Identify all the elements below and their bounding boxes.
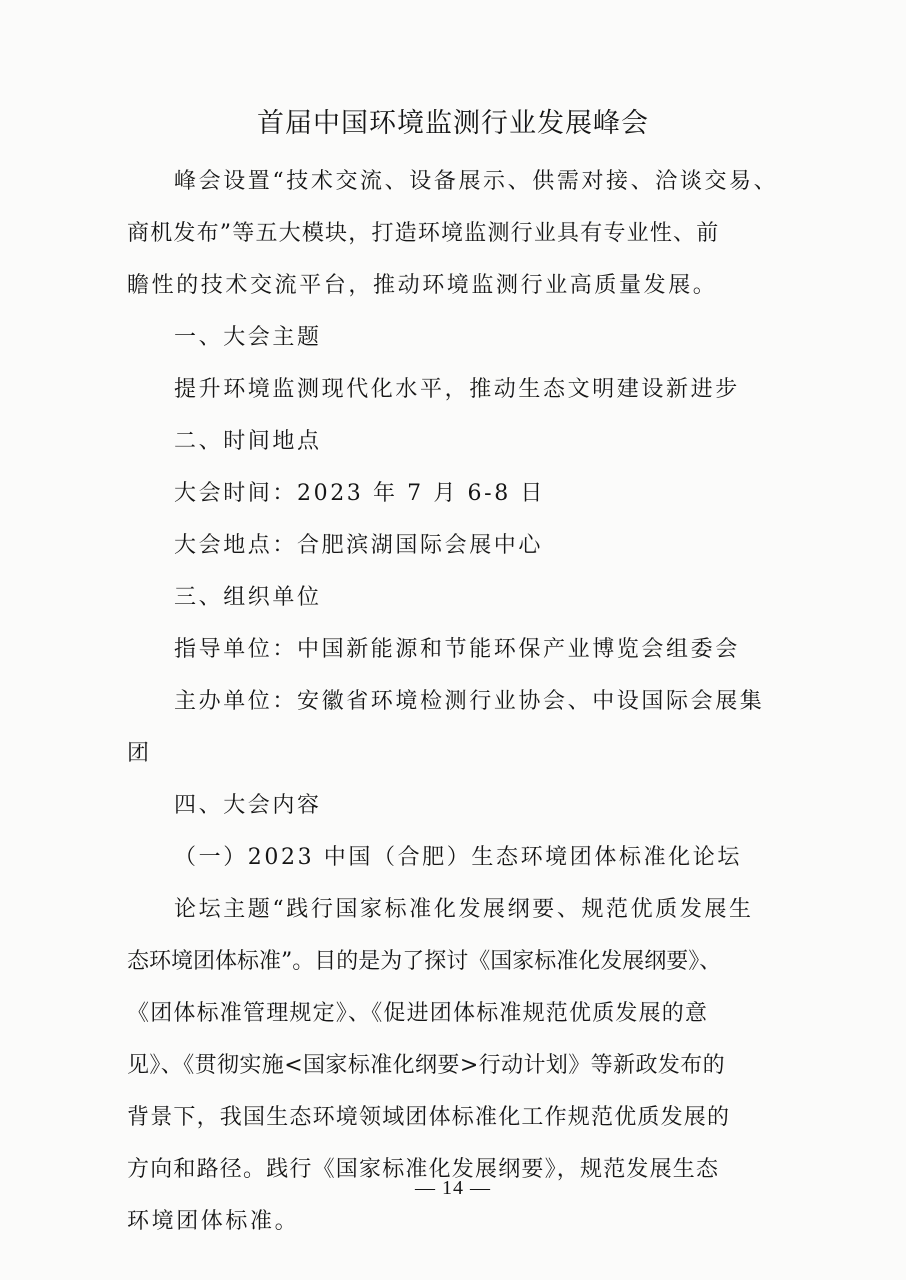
paragraph-line: 态环境团体标准”。目的是为了探讨《国家标准化发展纲要》、 [127, 936, 763, 988]
paragraph-line: 瞻性的技术交流平台，推动环境监测行业高质量发展。 [127, 260, 763, 312]
document-page: 首届中国环境监测行业发展峰会 峰会设置“技术交流、设备展示、供需对接、洽谈交易、… [0, 0, 906, 1280]
guiding-organization: 指导单位：中国新能源和节能环保产业博览会组委会 [127, 624, 763, 676]
document-body: 峰会设置“技术交流、设备展示、供需对接、洽谈交易、 商机发布”等五大模块，打造环… [127, 156, 763, 1248]
paragraph-line: 《团体标准管理规定》、《促进团体标准规范优质发展的意 [127, 988, 763, 1040]
paragraph-line: 论坛主题“践行国家标准化发展纲要、规范优质发展生 [127, 884, 763, 936]
host-organization-continued: 团 [127, 728, 763, 780]
document-title: 首届中国环境监测行业发展峰会 [0, 104, 906, 144]
theme-text: 提升环境监测现代化水平，推动生态文明建设新进步 [127, 364, 763, 416]
event-time: 大会时间：2023 年 7 月 6-8 日 [127, 468, 763, 520]
paragraph-line: 环境团体标准。 [127, 1196, 763, 1248]
section-heading-content: 四、大会内容 [127, 780, 763, 832]
page-number: — 14 — [0, 1177, 906, 1200]
paragraph-line: 背景下，我国生态环境领域团体标准化工作规范优质发展的 [127, 1092, 763, 1144]
event-location: 大会地点：合肥滨湖国际会展中心 [127, 520, 763, 572]
host-organization: 主办单位：安徽省环境检测行业协会、中设国际会展集 [127, 676, 763, 728]
section-heading-organizers: 三、组织单位 [127, 572, 763, 624]
section-heading-time-place: 二、时间地点 [127, 416, 763, 468]
paragraph-line: 见》、《贯彻实施<国家标准化纲要>行动计划》等新政发布的 [127, 1040, 763, 1092]
paragraph-line: 商机发布”等五大模块，打造环境监测行业具有专业性、前 [127, 208, 763, 260]
section-heading-theme: 一、大会主题 [127, 312, 763, 364]
paragraph-line: 峰会设置“技术交流、设备展示、供需对接、洽谈交易、 [127, 156, 763, 208]
subsection-heading-forum: （一）2023 中国（合肥）生态环境团体标准化论坛 [127, 832, 763, 884]
